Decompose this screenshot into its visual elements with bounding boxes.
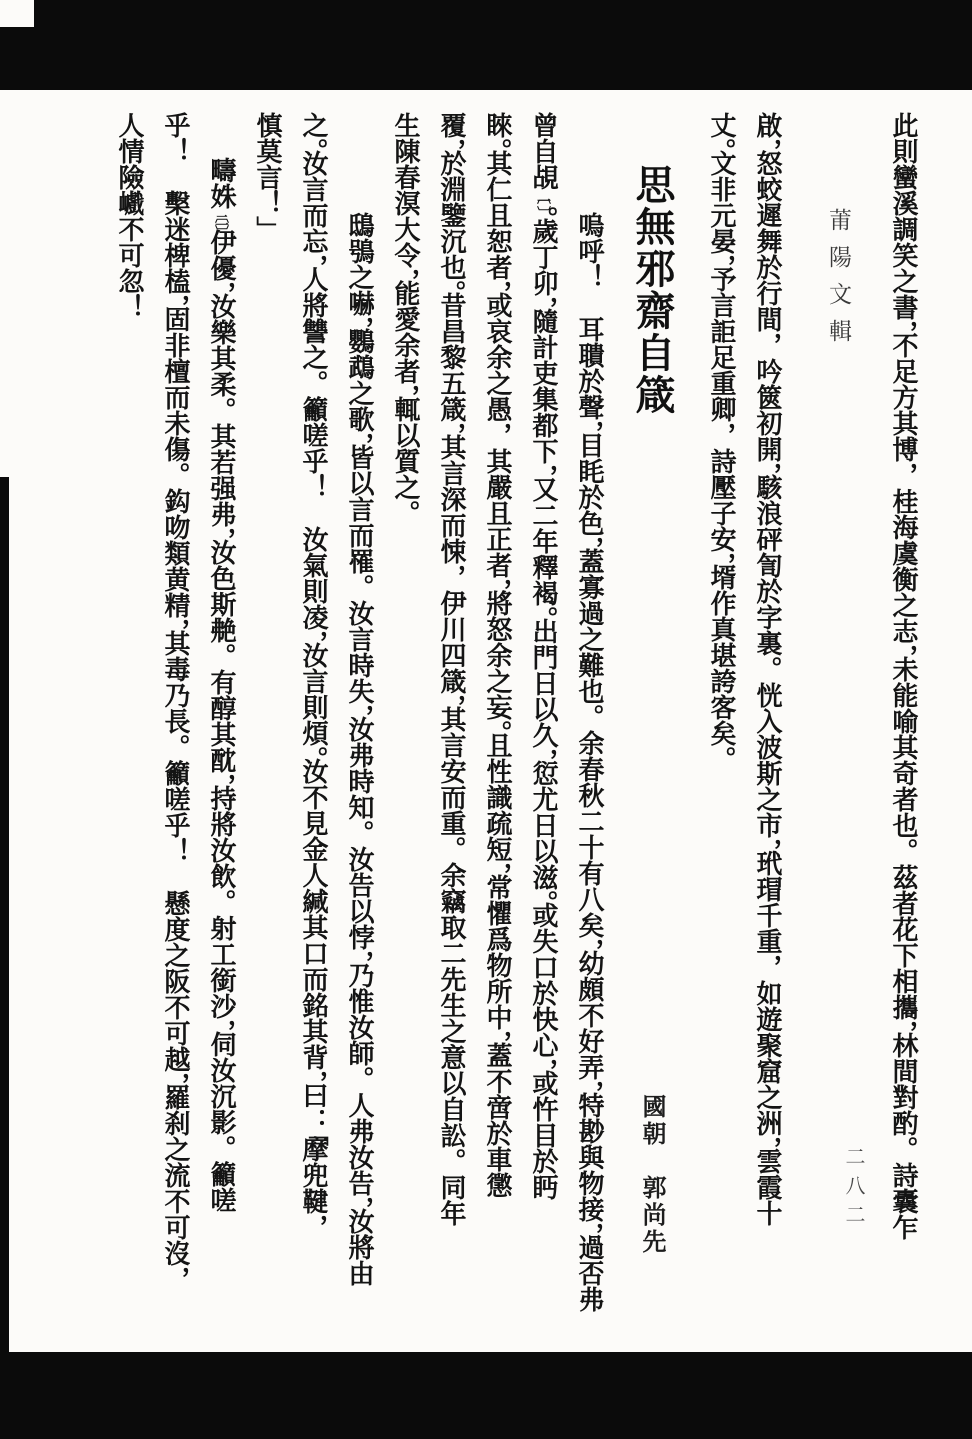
text-column: 乎！ 檕迷椑榼，固非檀而未傷。 鈎吻類黄精，其毒乃長。 籲嗟乎！ 懸度之阪不可越… — [158, 112, 192, 1352]
column-text: 覆，於淵鑒沉也。昔昌黎五箴，其言深而悚， 伊川四箴，其言安而重。 余竊取二先生之… — [436, 112, 466, 1226]
column-text: 之。汝言而忘，人將讐之。 籲嗟乎！ 汝氣則凌，汝言則煩。汝不見金人緘其口而銘其背… — [298, 112, 328, 1226]
column-text: 啟，怒蛟遲舞於行間， 吟篋初開，駭浪砰訇於字裏。 恍入波斯之市，玳瑁千重， 如遊… — [752, 112, 782, 1226]
scan-artifact-corner-notch — [0, 0, 34, 27]
column-text: 嗚呼！ 耳聵於聲，目眊於色，蓋寡過之難也。 余春秋二十有八矣，幼頗不好弄，特尠與… — [574, 212, 604, 1312]
scan-artifact-top-bar — [0, 0, 972, 90]
footnote-marker: 〔二〕 — [213, 209, 229, 229]
scanned-book-page: 莆陽文輯 二八二 此則蠻溪調笑之書，不足方其博， 桂海虞衡之志，未能喻其奇者也。… — [0, 0, 972, 1439]
text-column: 啟，怒蛟遲舞於行間， 吟篋初開，駭浪砰訇於字裏。 恍入波斯之市，玳瑁千重， 如遊… — [750, 112, 784, 1352]
column-text: 乎！ 檕迷椑榼，固非檀而未傷。 鈎吻類黄精，其毒乃長。 籲嗟乎！ 懸度之阪不可越… — [160, 112, 190, 1278]
text-column: 之。汝言而忘，人將讐之。 籲嗟乎！ 汝氣則凌，汝言則煩。汝不見金人緘其口而銘其背… — [296, 112, 330, 1352]
scan-artifact-left-streak — [0, 477, 9, 1352]
column-text: 此則蠻溪調笑之書，不足方其博， 桂海虞衡之志，未能喻其奇者也。 茲者花下相攜，林… — [888, 112, 918, 1240]
text-column: 鴟鴞之嚇，鸚鵡之歌，皆以言而罹。 汝言時失，汝弗時知。 汝告以悖，乃惟汝師。 人… — [342, 112, 376, 1352]
text-column: 覆，於淵鑒沉也。昔昌黎五箴，其言深而悚， 伊川四箴，其言安而重。 余竊取二先生之… — [434, 112, 468, 1352]
text-column: 慎莫言！」 — [250, 112, 284, 1352]
column-text: 生陳春溟大令，能愛余者，輒以質之。 — [390, 112, 420, 512]
column-text: 曾自覘 — [528, 112, 558, 190]
text-column: 此則蠻溪調笑之書，不足方其博， 桂海虞衡之志，未能喻其奇者也。 茲者花下相攜，林… — [886, 112, 920, 1352]
text-column: 丈。文非元晏，予言詎足重卿， 詩壓子安，壻作真堪誇客矣。 — [704, 112, 738, 1352]
column-text: 鴟鴞之嚇，鸚鵡之歌，皆以言而罹。 汝言時失，汝弗時知。 汝告以悖，乃惟汝師。 人… — [344, 212, 374, 1286]
text-column: 生陳春溟大令，能愛余者，輒以質之。 — [388, 112, 422, 1352]
text-column: 嗚呼！ 耳聵於聲，目眊於色，蓋寡過之難也。 余春秋二十有八矣，幼頗不好弄，特尠與… — [572, 112, 606, 1352]
footnote-marker: 〔一〕 — [535, 190, 551, 206]
column-text: 丈。文非元晏，予言詎足重卿， 詩壓子安，壻作真堪誇客矣。 — [706, 112, 736, 758]
column-text: 。歲丁卯，隨計吏集都下，又二年釋褐。出門日以久，愆尤日以滋。或失口於快心，或忤目… — [528, 206, 558, 1200]
article-title-column: 思無邪齋自箴 國朝 郭尚先 — [624, 112, 680, 1352]
article-author: 國朝 郭尚先 — [638, 1094, 667, 1256]
main-text-area: 此則蠻溪調笑之書，不足方其博， 桂海虞衡之志，未能喻其奇者也。 茲者花下相攜，林… — [100, 112, 920, 1352]
column-text: 疇姝 — [206, 157, 236, 209]
text-column: 睞。其仁且恕者，或哀余之愚， 其嚴且正者，將怒余之妄。且性識疏短，常懼爲物所中，… — [480, 112, 514, 1352]
column-text: 睞。其仁且恕者，或哀余之愚， 其嚴且正者，將怒余之妄。且性識疏短，常懼爲物所中，… — [482, 112, 512, 1198]
scan-artifact-bottom-bar — [0, 1352, 972, 1439]
text-column: 人情險巇不可忽！ — [112, 112, 146, 1352]
text-column: 曾自覘〔一〕。歲丁卯，隨計吏集都下，又二年釋褐。出門日以久，愆尤日以滋。或失口於… — [526, 112, 560, 1352]
column-text: 慎莫言！」 — [252, 112, 282, 232]
column-text: 人情險巇不可忽！ — [114, 112, 144, 320]
text-column: 疇姝〔二〕伊優，汝樂其柔。 其若强弗，汝色斯艴。 有醇其酖，持將汝飲。 射工銜沙… — [204, 112, 238, 1352]
column-text: 伊優，汝樂其柔。 其若强弗，汝色斯艴。 有醇其酖，持將汝飲。 射工銜沙，伺汝沉影… — [206, 229, 236, 1213]
article-title: 思無邪齋自箴 — [629, 164, 676, 416]
